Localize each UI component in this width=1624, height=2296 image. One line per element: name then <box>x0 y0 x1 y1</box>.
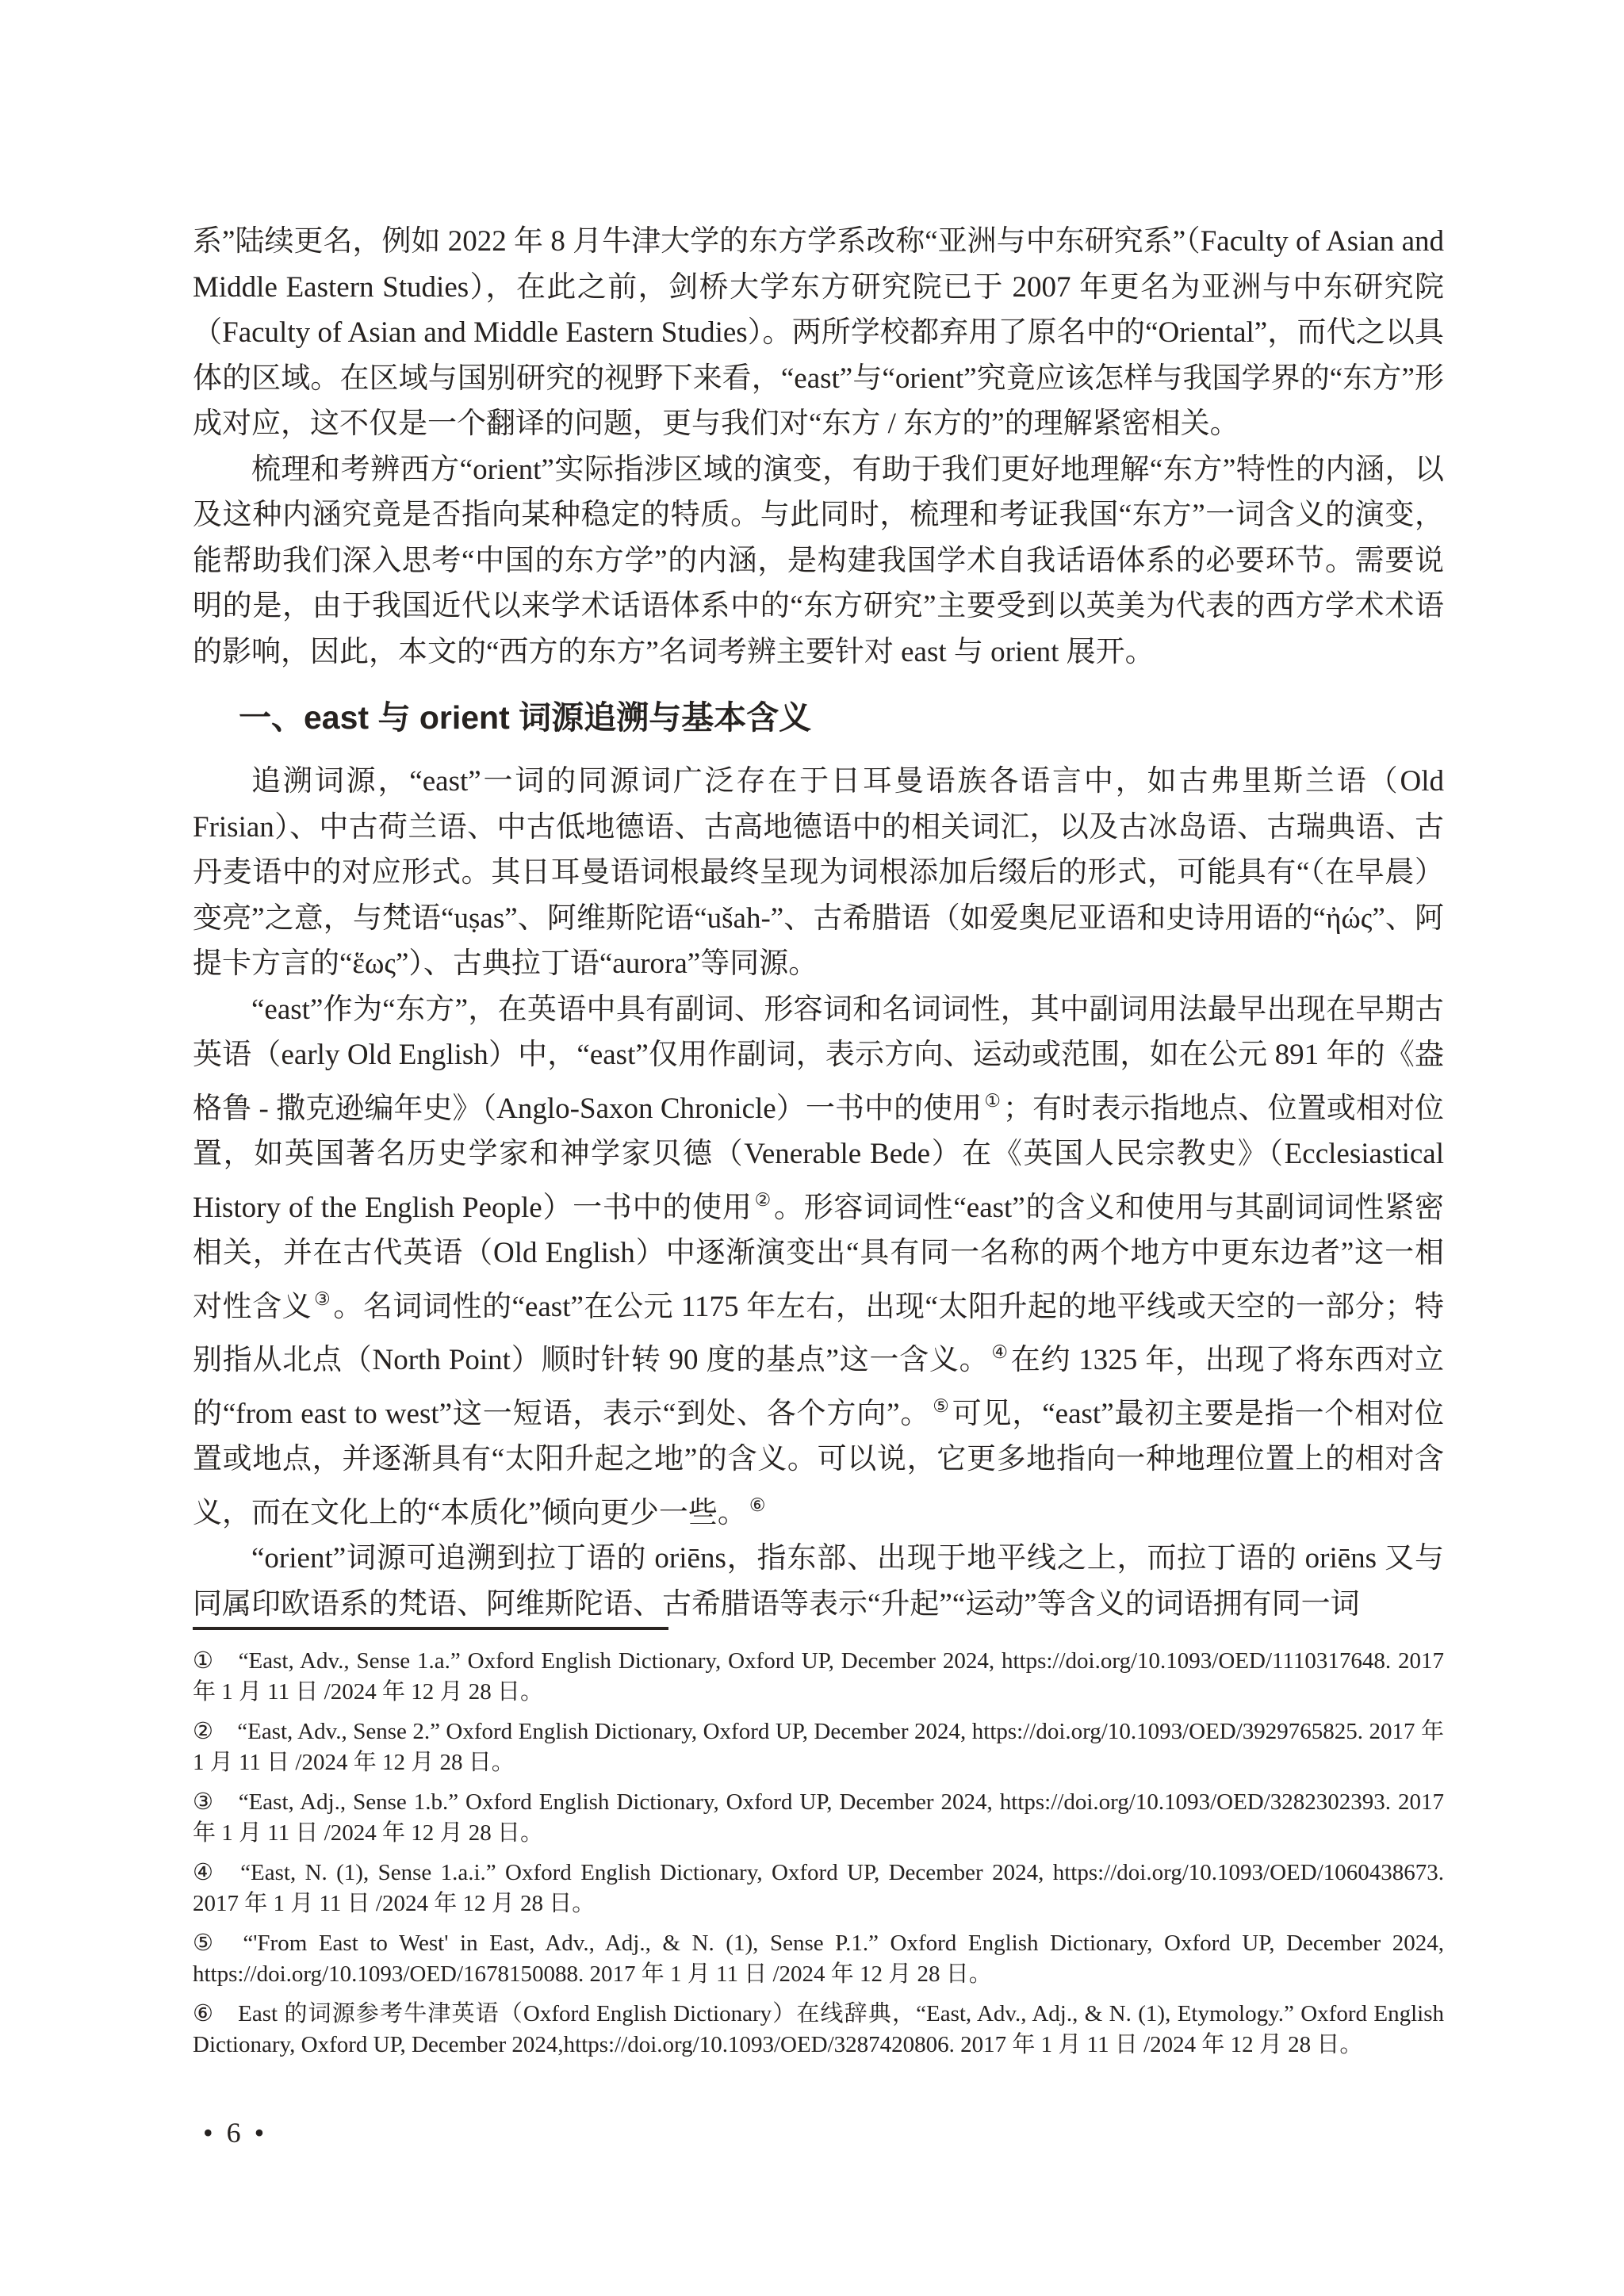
footnote-text: “East, Adv., Sense 1.a.” Oxford English … <box>193 1648 1444 1705</box>
footnote: ②“East, Adv., Sense 2.” Oxford English D… <box>193 1716 1444 1777</box>
footnote-text: “East, Adj., Sense 1.b.” Oxford English … <box>193 1789 1444 1846</box>
paragraph-text: 梳理和考辨西方“orient”实际指涉区域的演变，有助于我们更好地理解“东方”特… <box>193 453 1444 668</box>
paragraph-text: 系”陆续更名，例如 2022 年 8 月牛津大学的东方学系改称“亚洲与中东研究系… <box>193 225 1444 440</box>
footnotes-section: ①“East, Adv., Sense 1.a.” Oxford English… <box>193 1627 1444 2069</box>
footnote-marker: ④ <box>193 1860 216 1885</box>
footnote-reference-marker: ③ <box>314 1289 331 1309</box>
footnote-marker: ③ <box>193 1789 215 1815</box>
paragraph: “orient”词源可追溯到拉丁语的 oriēns，指东部、出现于地平线之上，而… <box>193 1536 1444 1627</box>
footnote-marker: ① <box>193 1648 215 1674</box>
footnote-reference-marker: ⑤ <box>933 1396 949 1416</box>
footnote: ④“East, N. (1), Sense 1.a.i.” Oxford Eng… <box>193 1858 1444 1919</box>
footnote-text: East 的词源参考牛津英语（Oxford English Dictionary… <box>193 2001 1444 2057</box>
footnote-list: ①“East, Adv., Sense 1.a.” Oxford English… <box>193 1646 1444 2060</box>
footnote: ③“East, Adj., Sense 1.b.” Oxford English… <box>193 1787 1444 1848</box>
page-number: • 6 • <box>203 2115 267 2150</box>
footnote-marker: ⑤ <box>193 1931 219 1956</box>
footnote: ⑤“'From East to West' in East, Adv., Adj… <box>193 1928 1444 1989</box>
section-heading: 一、east 与 orient 词源追溯与基本含义 <box>239 697 1444 738</box>
paragraph-text: 追溯词源，“east”一词的同源词广泛存在于日耳曼语族各语言中，如古弗里斯兰语（… <box>193 765 1444 980</box>
footnote: ①“East, Adv., Sense 1.a.” Oxford English… <box>193 1646 1444 1707</box>
paragraph: “east”作为“东方”，在英语中具有副词、形容词和名词词性，其中副词用法最早出… <box>193 987 1444 1536</box>
footnote: ⑥East 的词源参考牛津英语（Oxford English Dictionar… <box>193 1999 1444 2060</box>
paragraph: 系”陆续更名，例如 2022 年 8 月牛津大学的东方学系改称“亚洲与中东研究系… <box>193 219 1444 447</box>
paragraph: 追溯词源，“east”一词的同源词广泛存在于日耳曼语族各语言中，如古弗里斯兰语（… <box>193 759 1444 987</box>
footnote-reference-marker: ④ <box>991 1342 1008 1362</box>
footnote-marker: ⑥ <box>193 2001 214 2026</box>
footnote-marker: ② <box>193 1719 213 1744</box>
footnote-text: “East, Adv., Sense 2.” Oxford English Di… <box>193 1719 1444 1775</box>
footnote-text: “East, N. (1), Sense 1.a.i.” Oxford Engl… <box>193 1860 1444 1916</box>
paragraph: 梳理和考辨西方“orient”实际指涉区域的演变，有助于我们更好地理解“东方”特… <box>193 447 1444 675</box>
paragraph-text: “orient”词源可追溯到拉丁语的 oriēns，指东部、出现于地平线之上，而… <box>193 1542 1444 1621</box>
footnote-separator-rule <box>193 1627 668 1630</box>
document-page: 系”陆续更名，例如 2022 年 8 月牛津大学的东方学系改称“亚洲与中东研究系… <box>0 0 1624 2296</box>
footnote-reference-marker: ① <box>984 1091 1001 1111</box>
footnote-reference-marker: ② <box>755 1190 772 1210</box>
body-text: 系”陆续更名，例如 2022 年 8 月牛津大学的东方学系改称“亚洲与中东研究系… <box>193 219 1444 1627</box>
footnote-text: “'From East to West' in East, Adv., Adj.… <box>193 1931 1444 1987</box>
footnote-reference-marker: ⑥ <box>749 1495 766 1515</box>
